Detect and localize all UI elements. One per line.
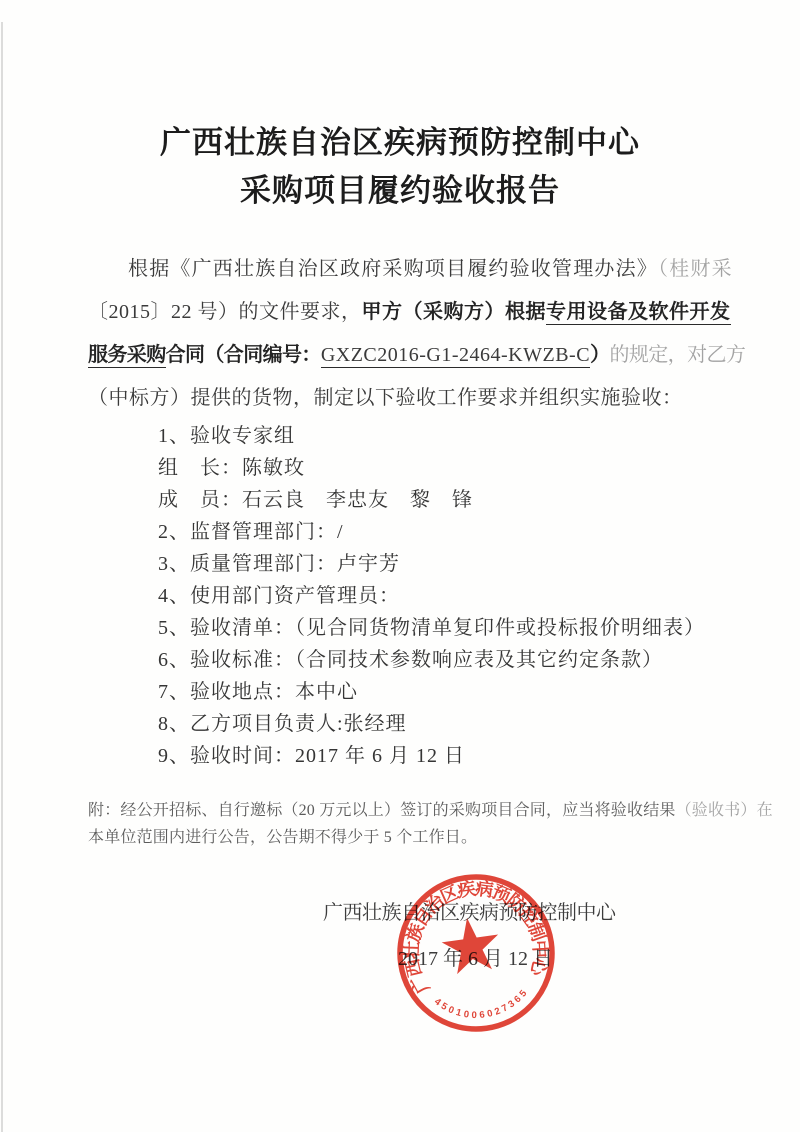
list-item: 8、乙方项目负责人:张经理 bbox=[158, 708, 705, 740]
official-seal-stamp: 广西壮族自治区疾病预防控制中心 4501006027365 bbox=[381, 855, 572, 1051]
paragraph-line-1: 根据《广西壮族自治区政府采购项目履约验收管理办法》（桂财采 bbox=[88, 248, 733, 291]
paragraph-text: 〔2015〕22 号）的文件要求， bbox=[88, 301, 362, 323]
acceptance-requirements-list: 1、验收专家组 组 长：陈敏玫 成 员：石云良 李忠友 黎 锋 2、监督管理部门… bbox=[158, 420, 705, 772]
paragraph-text-bold: 合同（合同编号： bbox=[166, 344, 321, 366]
paragraph-text-bold: 甲方（采购方）根据 bbox=[362, 301, 547, 323]
note-text: 本单位范围内进行公告，公告期不得少于 5 个工作日。 bbox=[88, 829, 477, 846]
list-item: 1、验收专家组 bbox=[158, 420, 705, 452]
list-item: 4、使用部门资产管理员： bbox=[158, 580, 705, 612]
paragraph-text-bold-underlined: 服务采购 bbox=[88, 344, 166, 368]
contract-number: GXZC2016-G1-2464-KWZB-C bbox=[321, 344, 590, 368]
star-icon bbox=[439, 914, 503, 976]
paragraph-text-faded: 的规定，对乙方 bbox=[609, 344, 745, 366]
paragraph-line-2: 〔2015〕22 号）的文件要求，甲方（采购方）根据专用设备及软件开发 bbox=[88, 291, 733, 334]
paragraph-line-3: 服务采购合同（合同编号：GXZC2016-G1-2464-KWZB-C）的规定，… bbox=[88, 334, 733, 377]
paragraph-text: （中标方）提供的货物，制定以下验收工作要求并组织实施验收： bbox=[88, 387, 683, 409]
paragraph-line-4: （中标方）提供的货物，制定以下验收工作要求并组织实施验收： bbox=[88, 377, 733, 420]
list-item: 2、监督管理部门：/ bbox=[158, 516, 705, 548]
official-seal-icon: 广西壮族自治区疾病预防控制中心 4501006027365 bbox=[381, 855, 572, 1051]
note-text: 附：经公开招标、自行邀标（20 万元以上）签订的采购项目合同，应当将验收结果 bbox=[88, 802, 676, 819]
list-item: 5、验收清单：（见合同货物清单复印件或投标报价明细表） bbox=[158, 612, 705, 644]
list-item: 组 长：陈敏玫 bbox=[158, 452, 705, 484]
paragraph-text: 根据《广西壮族自治区政府采购项目履约验收管理办法》 bbox=[128, 258, 658, 280]
list-item: 3、质量管理部门：卢宇芳 bbox=[158, 548, 705, 580]
list-item: 成 员：石云良 李忠友 黎 锋 bbox=[158, 484, 705, 516]
document-title-line2: 采购项目履约验收报告 bbox=[0, 169, 800, 213]
note-text-faded: （验收书）在 bbox=[676, 802, 773, 819]
document-title-line1: 广西壮族自治区疾病预防控制中心 bbox=[0, 121, 800, 165]
paragraph-text-bold: ） bbox=[590, 344, 609, 366]
scanned-document-page: 广西壮族自治区疾病预防控制中心 采购项目履约验收报告 根据《广西壮族自治区政府采… bbox=[0, 0, 800, 1132]
list-item: 7、验收地点：本中心 bbox=[158, 676, 705, 708]
paragraph-text-bold-underlined: 专用设备及软件开发 bbox=[546, 301, 731, 325]
attachment-note: 附：经公开招标、自行邀标（20 万元以上）签订的采购项目合同，应当将验收结果（验… bbox=[88, 797, 753, 851]
list-item: 9、验收时间：2017 年 6 月 12 日 bbox=[158, 740, 705, 772]
note-line-1: 附：经公开招标、自行邀标（20 万元以上）签订的采购项目合同，应当将验收结果（验… bbox=[88, 797, 753, 824]
note-line-2: 本单位范围内进行公告，公告期不得少于 5 个工作日。 bbox=[88, 824, 753, 851]
paragraph-text-faded: （桂财采 bbox=[658, 258, 733, 280]
list-item: 6、验收标准：（合同技术参数响应表及其它约定条款） bbox=[158, 644, 705, 676]
intro-paragraph: 根据《广西壮族自治区政府采购项目履约验收管理办法》（桂财采 〔2015〕22 号… bbox=[88, 248, 733, 420]
